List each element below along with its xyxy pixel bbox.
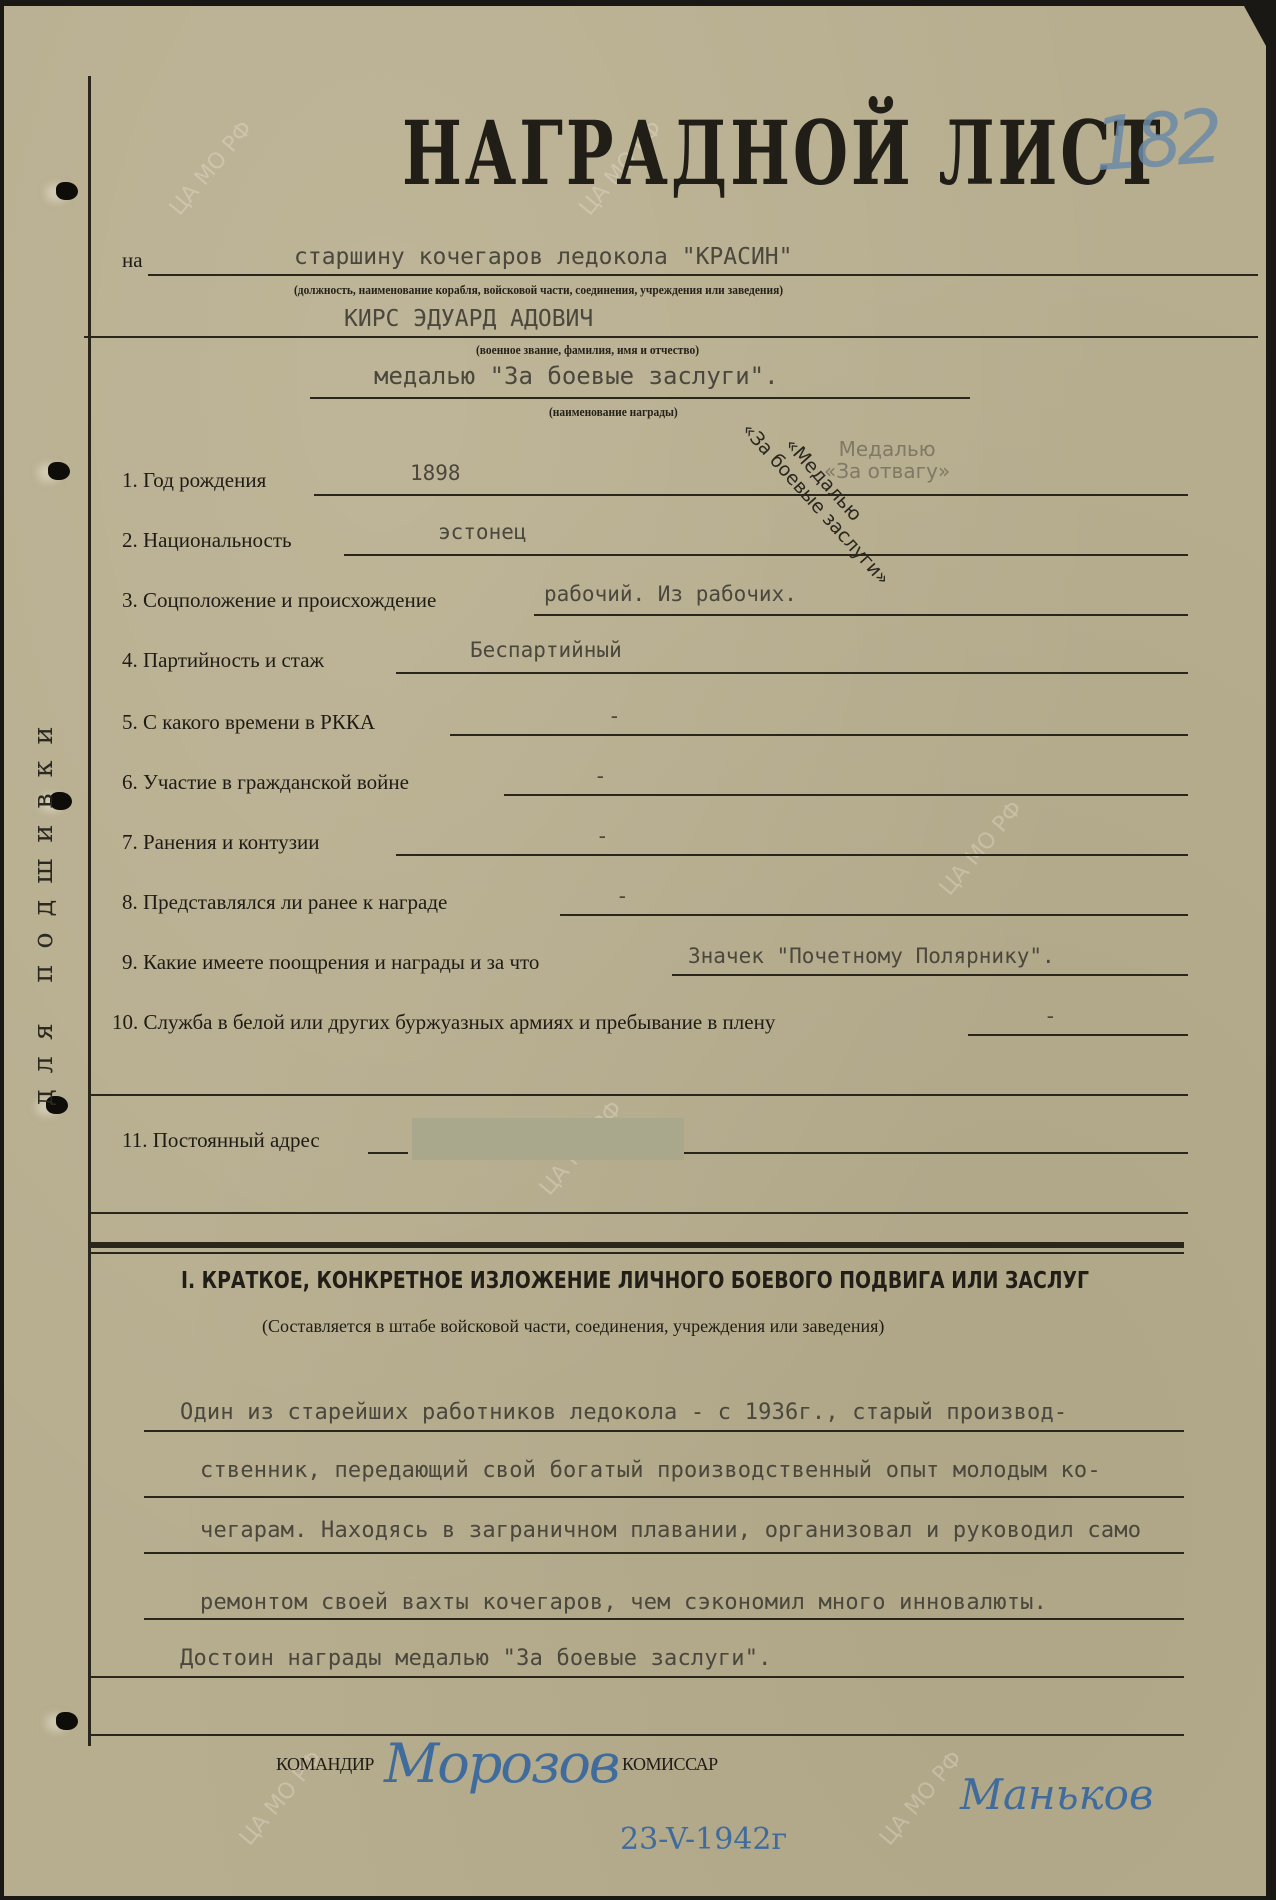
na-label: на [122,248,143,273]
field-number: 5. [122,710,138,734]
position-underline [148,274,1258,276]
award-stamp: «Медалью «За боевые заслуги» [737,404,910,589]
field-underline [684,1152,1188,1154]
award-sheet: ЦА МО РФ ЦА МО РФ ЦА МО РФ ЦА МО РФ ЦА М… [4,6,1266,1896]
name-underline [84,336,1258,338]
extra-line [90,1212,1188,1214]
field-value: Беспартийный [470,638,622,662]
field-value: Значек "Почетному Полярнику". [688,944,1055,968]
name-caption: (военное звание, фамилия, имя и отчество… [476,342,699,358]
field-label: Представлялся ли ранее к награде [143,890,447,914]
punch-hole [56,1712,78,1730]
archive-number: 182 [1091,94,1220,188]
narrative-line: ственник, передающий свой богатый произв… [200,1458,1101,1483]
document-title: НАГРАДНОЙ ЛИСТ [402,101,906,205]
signature-divider [88,1734,1184,1736]
field-number: 9. [122,950,138,974]
field-underline [314,494,1188,496]
narrative-underline [144,1496,1184,1498]
field-underline [560,914,1188,916]
field-value: - [608,704,621,728]
position-value: старшину кочегаров ледокола "КРАСИН" [294,244,793,270]
commissar-signature: Маньков [960,1770,1153,1819]
narrative-underline [144,1618,1184,1620]
faint-stamp: Медалью «За отвагу» [824,438,950,482]
field-number: 11. [122,1128,147,1152]
narrative-underline [144,1552,1184,1554]
commissar-label: КОМИССАР [622,1754,718,1775]
field-number: 1. [122,468,138,492]
narrative-line: Один из старейших работников ледокола - … [180,1400,1067,1425]
watermark: ЦА МО РФ [165,117,258,221]
field-number: 7. [122,830,138,854]
field-underline [450,734,1188,736]
award-value: медалью "За боевые заслуги". [374,362,779,390]
position-caption: (должность, наименование корабля, войско… [294,282,783,298]
award-caption: (наименование награды) [549,404,678,420]
field-label: Национальность [143,528,292,552]
binding-margin-line [88,76,91,1746]
field-number: 2. [122,528,138,552]
field-value: - [616,884,629,908]
binding-label: для подшивки [28,711,59,1106]
redacted-address [412,1118,684,1160]
field-label: Год рождения [143,468,266,492]
faint-stamp-line: Медалью [824,438,950,460]
field-value: - [596,824,609,848]
field-value: 1898 [410,461,461,485]
section-title: I. КРАТКОЕ, КОНКРЕТНОЕ ИЗЛОЖЕНИЕ ЛИЧНОГО… [118,1268,1153,1294]
field-label: Соцположение и происхождение [143,588,436,612]
person-name-value: КИРС ЭДУАРД АДОВИЧ [344,306,593,332]
narrative-line: чегарам. Находясь в заграничном плавании… [200,1518,1141,1543]
field-underline [396,672,1188,674]
field-underline [968,1034,1188,1036]
sign-date: 23-V-1942г [620,1822,787,1857]
field-label: Участие в гражданской войне [143,770,409,794]
field-label: Служба в белой или других буржуазных арм… [144,1010,776,1034]
field-underline [368,1152,408,1154]
field-number: 4. [122,648,138,672]
field-label: Постоянный адрес [153,1128,320,1152]
field-value: рабочий. Из рабочих. [544,582,797,606]
narrative-underline [88,1676,1184,1678]
field-underline [672,974,1188,976]
field-value: эстонец [438,520,527,544]
award-underline [310,397,970,399]
narrative-line: ремонтом своей вахты кочегаров, чем сэко… [200,1590,1047,1615]
field-underline [396,854,1188,856]
commander-label: КОМАНДИР [276,1754,374,1775]
punch-hole [56,182,78,200]
watermark: ЦА МО РФ [935,797,1028,901]
field-number: 8. [122,890,138,914]
field-value: - [1044,1004,1057,1028]
field-underline [534,614,1188,616]
watermark: ЦА МО РФ [875,1747,968,1851]
section-subtitle: (Составляется в штабе войсковой части, с… [262,1316,884,1337]
extra-line [90,1094,1188,1096]
narrative-line: Достоин награды медалью "За боевые заслу… [180,1646,772,1671]
section-divider [90,1252,1184,1254]
field-value: - [594,764,607,788]
field-number: 3. [122,588,138,612]
field-number: 10. [112,1010,138,1034]
field-label: Партийность и стаж [143,648,324,672]
commander-signature: Морозов [384,1732,618,1795]
faint-stamp-line: «За отвагу» [824,460,950,482]
field-label: Какие имеете поощрения и награды и за чт… [143,950,539,974]
field-underline [344,554,1188,556]
field-underline [504,794,1188,796]
punch-hole [48,462,70,480]
field-number: 6. [122,770,138,794]
stamp-line: «Медалью [754,404,911,575]
field-label: С какого времени в РККА [143,710,375,734]
field-label: Ранения и контузии [143,830,319,854]
narrative-underline [144,1430,1184,1432]
section-divider [90,1242,1184,1248]
